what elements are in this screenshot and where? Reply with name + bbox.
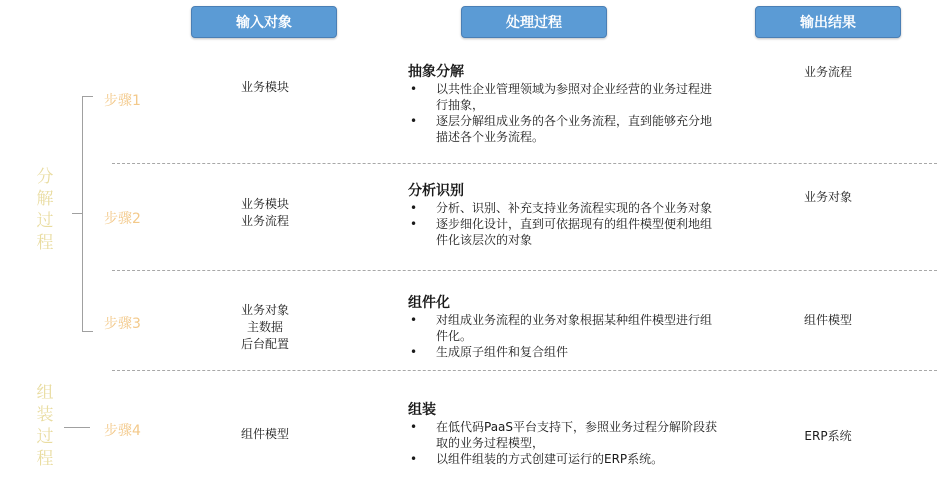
- process-bullet: 在低代码PaaS平台支持下，参照业务过程分解阶段获取的业务过程模型，: [408, 419, 718, 451]
- process-step-3: 组件化 对组成业务流程的业务对象根据某种组件模型进行组件化。 生成原子组件和复合…: [408, 295, 718, 360]
- header-output-results: 输出结果: [755, 6, 901, 38]
- process-step-4: 组装 在低代码PaaS平台支持下，参照业务过程分解阶段获取的业务过程模型， 以组…: [408, 402, 718, 467]
- process-step-2: 分析识别 分析、识别、补充支持业务流程实现的各个业务对象 逐步细化设计，直到可依…: [408, 183, 718, 248]
- process-bullet: 对组成业务流程的业务对象根据某种组件模型进行组件化。: [408, 312, 718, 344]
- step-label-3: 步骤3: [104, 313, 141, 333]
- step-label-1: 步骤1: [104, 90, 141, 110]
- decompose-bracket: [82, 96, 93, 332]
- process-bullet: 逐步细化设计，直到可依据现有的组件模型便利地组件化该层次的对象: [408, 216, 718, 248]
- input-step-2: 业务模块 业务流程: [195, 196, 335, 230]
- side-label-decompose: 分 解 过 程: [34, 166, 56, 254]
- output-step-3: 组件模型: [768, 311, 888, 328]
- divider-1: [112, 163, 937, 164]
- side-label-assemble: 组 装 过 程: [34, 382, 56, 470]
- input-step-1: 业务模块: [195, 79, 335, 96]
- process-title: 组装: [408, 402, 718, 419]
- process-title: 组件化: [408, 295, 718, 312]
- process-bullet: 生成原子组件和复合组件: [408, 344, 718, 360]
- process-title: 分析识别: [408, 183, 718, 200]
- header-process: 处理过程: [461, 6, 607, 38]
- process-bullet: 以共性企业管理领域为参照对企业经营的业务过程进行抽象，: [408, 81, 718, 113]
- divider-2: [112, 270, 937, 271]
- process-step-1: 抽象分解 以共性企业管理领域为参照对企业经营的业务过程进行抽象， 逐层分解组成业…: [408, 64, 718, 145]
- process-bullet: 以组件组装的方式创建可运行的ERP系统。: [408, 451, 718, 467]
- output-step-1: 业务流程: [768, 63, 888, 80]
- input-step-4: 组件模型: [195, 426, 335, 443]
- output-step-2: 业务对象: [768, 188, 888, 205]
- process-bullet: 分析、识别、补充支持业务流程实现的各个业务对象: [408, 200, 718, 216]
- divider-3: [112, 370, 937, 371]
- output-step-4: ERP系统: [768, 427, 888, 444]
- assemble-connector-line: [64, 427, 90, 428]
- process-title: 抽象分解: [408, 64, 718, 81]
- step-label-2: 步骤2: [104, 208, 141, 228]
- bracket-middle-tick: [72, 213, 82, 214]
- input-step-3: 业务对象 主数据 后台配置: [195, 302, 335, 353]
- header-input-objects: 输入对象: [191, 6, 337, 38]
- step-label-4: 步骤4: [104, 420, 141, 440]
- process-bullet: 逐层分解组成业务的各个业务流程，直到能够充分地描述各个业务流程。: [408, 113, 718, 145]
